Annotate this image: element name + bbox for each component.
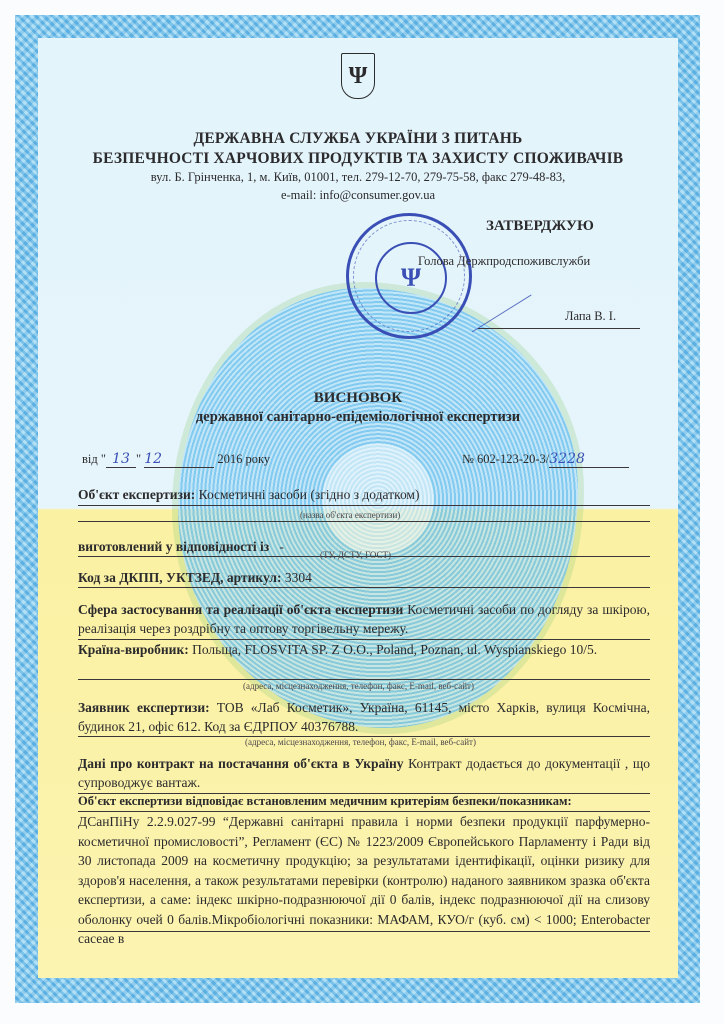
applicant-caption: (адреса, місцезнаходження, телефон, факс… xyxy=(245,737,476,747)
code-value: 3304 xyxy=(285,570,312,585)
agency-name-line2: БЕЗПЕЧНОСТІ ХАРЧОВИХ ПРОДУКТІВ ТА ЗАХИСТ… xyxy=(38,150,678,168)
approval-name: Лапа В. І. xyxy=(565,309,616,324)
number-handwritten: 3228 xyxy=(549,451,629,468)
date-separator: " xyxy=(136,452,141,466)
certificate-panel: Ψ ДЕРЖАВНА СЛУЖБА УКРАЇНИ З ПИТАНЬ БЕЗПЕ… xyxy=(38,38,678,978)
made-label: виготовлений у відповідності із xyxy=(78,539,269,554)
approval-position: Голова Держпродспоживслужби xyxy=(418,254,590,269)
number-prefix: № 602-123-20-3/ xyxy=(462,452,549,466)
criteria-label: Об'єкт експертизи відповідає встановлени… xyxy=(78,794,572,808)
approval-signature-line xyxy=(478,328,640,329)
scope-label: Сфера застосування та реалізації об'єкта… xyxy=(78,602,403,617)
agency-name-line1: ДЕРЖАВНА СЛУЖБА УКРАЇНИ З ПИТАНЬ xyxy=(38,130,678,148)
trident-coat-of-arms-icon: Ψ xyxy=(341,53,375,99)
country-value: Польща, FLOSVITA SP. Z O.O., Poland, Poz… xyxy=(192,642,597,657)
object-value: Косметичні засоби (згідно з додатком) xyxy=(199,487,420,502)
object-caption: (назва об'єкта експертизи) xyxy=(300,510,400,520)
document-title: ВИСНОВОК xyxy=(38,390,678,407)
criteria-heading: Об'єкт експертизи відповідає встановлени… xyxy=(78,792,650,811)
object-label: Об'єкт експертизи: xyxy=(78,487,195,502)
applicant-row: Заявник експертизи: ТОВ «Лаб Косметик», … xyxy=(78,698,650,736)
date-day: 13 xyxy=(106,451,136,468)
applicant-label: Заявник експертизи: xyxy=(78,700,210,715)
date-year: 2016 року xyxy=(217,452,270,466)
date-prefix: від " xyxy=(82,452,106,466)
guilloche-rosette xyxy=(178,288,578,728)
made-caption: (ТУ, ДСТУ, ГОСТ) xyxy=(320,550,391,560)
contract-row: Дані про контракт на постачання об'єкта … xyxy=(78,754,650,792)
number-row: № 602-123-20-3/3228 xyxy=(462,451,629,468)
approval-label: ЗАТВЕРДЖУЮ xyxy=(486,218,594,235)
made-value: - xyxy=(279,539,284,554)
contract-label: Дані про контракт на постачання об'єкта … xyxy=(78,756,404,771)
criteria-value: ДСанПіНу 2.2.9.027-99 “Державні санітарн… xyxy=(78,812,650,949)
code-label: Код за ДКПП, УКТЗЕД, артикул: xyxy=(78,570,282,585)
country-label: Країна-виробник: xyxy=(78,642,189,657)
official-seal-icon: Ψ xyxy=(346,213,472,339)
date-month: 12 xyxy=(144,451,214,468)
agency-email: e-mail: info@consumer.gov.ua xyxy=(38,188,678,203)
country-caption: (адреса, місцезнаходження, телефон, факс… xyxy=(243,681,474,691)
country-row: Країна-виробник: Польща, FLOSVITA SP. Z … xyxy=(78,640,650,659)
object-row: Об'єкт експертизи: Косметичні засоби (зг… xyxy=(78,485,650,504)
code-row: Код за ДКПП, УКТЗЕД, артикул: 3304 xyxy=(78,568,650,587)
date-row: від "13" 12 2016 року xyxy=(82,451,270,468)
agency-address: вул. Б. Грінченка, 1, м. Київ, 01001, те… xyxy=(38,170,678,185)
scope-row: Сфера застосування та реалізації об'єкта… xyxy=(78,600,650,638)
seal-trident-icon: Ψ xyxy=(375,242,447,314)
document-subtitle: державної санітарно-епідеміологічної екс… xyxy=(38,409,678,426)
